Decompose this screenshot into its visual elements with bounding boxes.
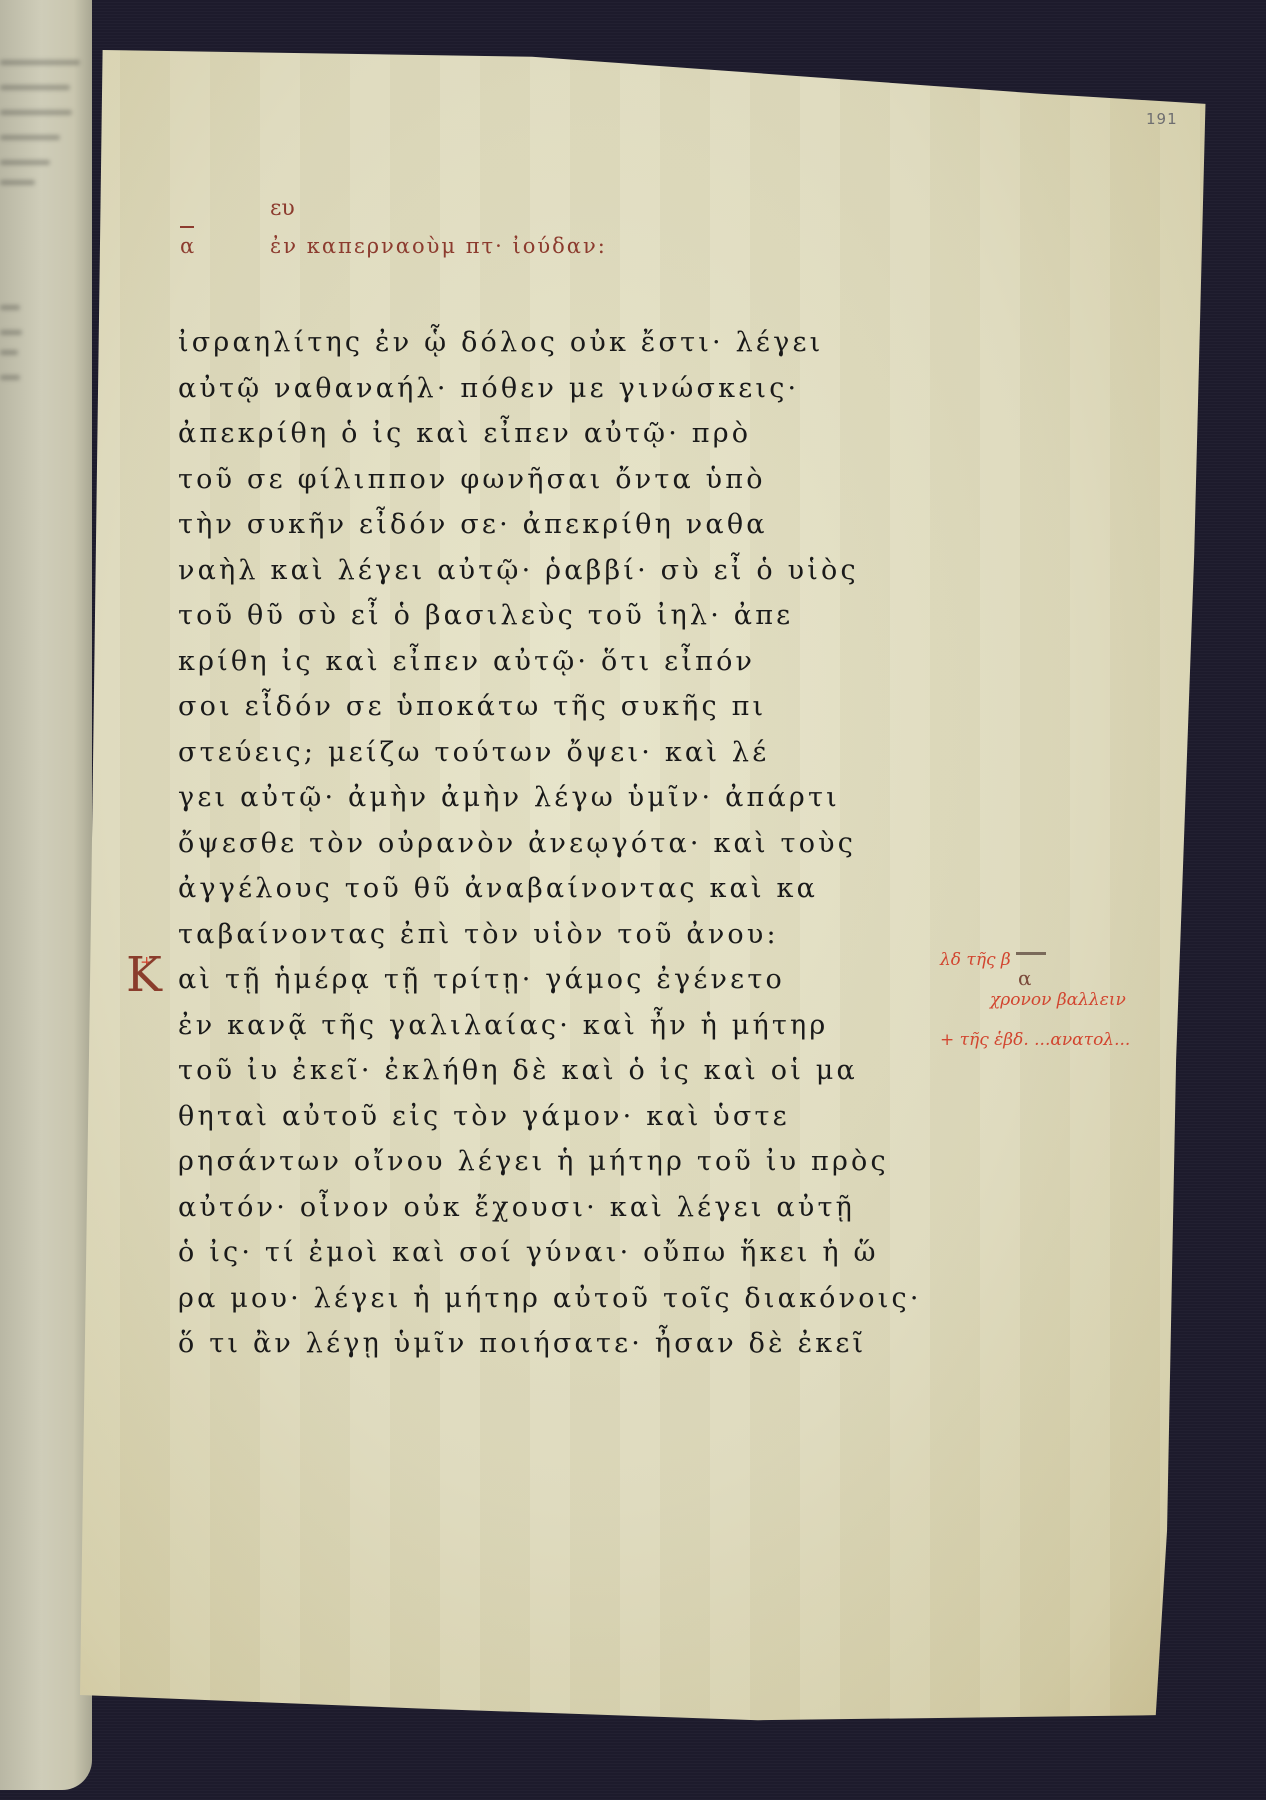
text-line-initial: Κ αὶ τῇ ἡμέρᾳ τῇ τρίτῃ· γάμος ἐγένετο (178, 957, 958, 1003)
marginal-note: + τῆς ἑβδ. ...ανατολ... (940, 1020, 1200, 1060)
text-line: τοῦ σε φίλιππον φωνῆσαι ὄντα ὑπὸ (178, 457, 958, 503)
rubric-title: ἐν καπερναοὺμ πτ· ἰούδαν: (270, 234, 607, 258)
text-line: ρα μου· λέγει ἡ μήτηρ αὐτοῦ τοῖς διακόνο… (178, 1276, 958, 1322)
text-line: ἀγγέλους τοῦ θῦ ἀναβαίνοντας καὶ κα (178, 866, 958, 912)
marginal-note: χρονον βαλλειν (940, 980, 1200, 1020)
text-line: ἰσραηλίτης ἐν ᾧ δόλος οὐκ ἔστι· λέγει (178, 320, 958, 366)
text-line: γει αὐτῷ· ἀμὴν ἀμὴν λέγω ὑμῖν· ἀπάρτι (178, 775, 958, 821)
text-line: ἀπεκρίθη ὁ ἰς καὶ εἶπεν αὐτῷ· πρὸ (178, 411, 958, 457)
text-line: κρίθη ἰς καὶ εἶπεν αὐτῷ· ὅτι εἶπόν (178, 639, 958, 685)
text-line: ὁ ἰς· τί ἐμοὶ καὶ σοί γύναι· οὔπω ἥκει ἡ… (178, 1230, 958, 1276)
text-line: σοι εἶδόν σε ὑποκάτω τῆς συκῆς πι (178, 684, 958, 730)
text-line: ὅ τι ἂν λέγῃ ὑμῖν ποιήσατε· ἦσαν δὲ ἐκεῖ (178, 1321, 958, 1367)
text-line: θηταὶ αὐτοῦ εἰς τὸν γάμον· καὶ ὑστε (178, 1094, 958, 1140)
text-line: τὴν συκῆν εἶδόν σε· ἀπεκρίθη ναθα (178, 502, 958, 548)
marginal-note: λδ τῆς β (940, 940, 1200, 980)
text-line: τοῦ θῦ σὺ εἶ ὁ βασιλεὺς τοῦ ἰηλ· ἀπε (178, 593, 958, 639)
text-line: ἐν κανᾷ τῆς γαλιλαίας· καὶ ἦν ἡ μήτηρ (178, 1003, 958, 1049)
previous-leaf-edge (0, 0, 92, 1790)
text-line: τοῦ ἰυ ἐκεῖ· ἐκλήθη δὲ καὶ ὁ ἰς καὶ οἱ μ… (178, 1048, 958, 1094)
text-line: αὐτόν· οἶνον οὐκ ἔχουσι· καὶ λέγει αὐτῇ (178, 1185, 958, 1231)
folio-number: 191 (1146, 110, 1178, 128)
rubric-abbreviation: ευ (270, 196, 295, 221)
text-line: αὐτῷ ναθαναήλ· πόθεν με γινώσκεις· (178, 366, 958, 412)
text-line-content: αὶ τῇ ἡμέρᾳ τῇ τρίτῃ· γάμος ἐγένετο (178, 964, 785, 995)
marginal-notes: λδ τῆς β α χρονον βαλλειν + τῆς ἑβδ. ...… (940, 940, 1200, 1060)
main-text-block: ἰσραηλίτης ἐν ᾧ δόλος οὐκ ἔστι· λέγει αὐ… (178, 320, 958, 1367)
text-line: στεύεις; μείζω τούτων ὄψει· καὶ λέ (178, 730, 958, 776)
liturgical-number: α (1018, 958, 1032, 998)
drop-cap: Κ (126, 953, 165, 999)
text-line: ὄψεσθε τὸν οὐρανὸν ἀνεῳγότα· καὶ τοὺς (178, 821, 958, 867)
section-number: α (180, 234, 194, 258)
text-line: ταβαίνοντας ἐπὶ τὸν υἱὸν τοῦ ἀνου: (178, 912, 958, 958)
text-line: ναὴλ καὶ λέγει αὐτῷ· ῥαββί· σὺ εἶ ὁ υἱὸς (178, 548, 958, 594)
text-line: ρησάντων οἴνου λέγει ἡ μήτηρ τοῦ ἰυ πρὸς (178, 1139, 958, 1185)
